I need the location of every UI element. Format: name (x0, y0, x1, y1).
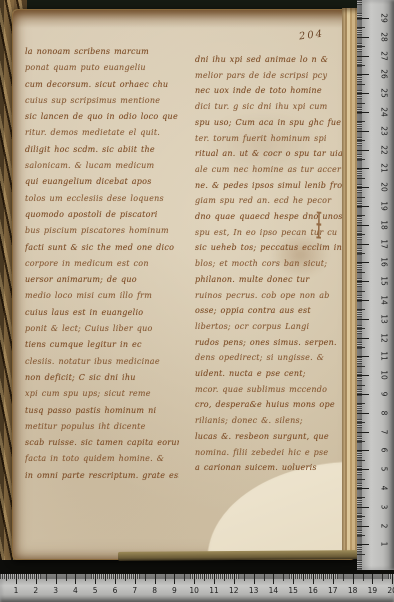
ruler-cm-tick (357, 56, 369, 57)
manuscript-text-line: clesiis. notatur ibus medicinae (25, 354, 179, 370)
ruler-cm-tick (357, 74, 369, 75)
manuscript-text-line: a carionan suicem. uolueris (195, 460, 353, 476)
ruler-halfcm-tick (357, 441, 365, 442)
manuscript-text-line: ponit & lect; Cuius liber quo (25, 321, 179, 337)
ruler-cm-tick (357, 507, 369, 508)
ruler-halfcm-tick (357, 103, 365, 104)
manuscript-text-line: blos; et mocth cors ban sicut; (195, 256, 353, 272)
ruler-cm-tick (357, 338, 369, 339)
ruler-halfcm-tick (125, 574, 126, 581)
ruler-cm-tick (357, 93, 369, 94)
manuscript-text-line: nec uox inde de toto homine (195, 83, 353, 99)
ruler-cm-tick (357, 300, 369, 301)
ruler-halfcm-tick (357, 535, 365, 536)
manuscript-text-line: spu est, In eo ipso pecan tur cu (195, 225, 353, 241)
ruler-halfcm-tick (66, 574, 67, 581)
ruler-cm-tick (357, 469, 369, 470)
ruler-cm-number: 5 (93, 586, 98, 595)
ruler-cm-number: 13 (380, 311, 389, 327)
ruler-cm-tick (357, 168, 369, 169)
vertical-ruler: 2928272625242322212019181716151413121110… (357, 0, 394, 570)
ruler-cm-number: 9 (172, 586, 177, 595)
ruler-cm-number: 7 (380, 424, 389, 440)
horizontal-ruler: 1234567891011121314151617181920 (0, 574, 394, 602)
ruler-cm-tick (357, 544, 369, 545)
manuscript-text-line: dens opedirect; si ungisse. & (195, 350, 353, 366)
folio-number: 204 (298, 29, 324, 43)
ruler-cm-number: 21 (380, 160, 389, 176)
ruler-cm-tick (115, 574, 116, 584)
ruler-cm-tick (357, 18, 369, 19)
ruler-halfcm-tick (357, 328, 365, 329)
ruler-halfcm-tick (357, 65, 365, 66)
ruler-cm-number: 27 (380, 48, 389, 64)
ruler-cm-tick (357, 488, 369, 489)
ruler-cm-tick (357, 319, 369, 320)
ruler-halfcm-tick (357, 366, 365, 367)
manuscript-text-line: tusq passo pastis hominum ni (25, 403, 179, 419)
ruler-halfcm-tick (357, 27, 365, 28)
manuscript-text-line: medio loco misi cum illo frm (25, 288, 179, 304)
right-column: dni ihu xpi sed animae lo n &melior pars… (195, 52, 353, 482)
manuscript-text-line: melior pars de ide scripsi pcy (195, 68, 353, 84)
ruler-cm-tick (135, 574, 136, 584)
ruler-cm-number: 8 (152, 586, 157, 595)
ruler-halfcm-tick (357, 46, 365, 47)
manuscript-text-line: cro, despera&e huius mons ope (195, 397, 353, 413)
ruler-cm-number: 3 (53, 586, 58, 595)
ruler-cm-number: 20 (380, 179, 389, 195)
manuscript-text-line: sic ueheb tos; peccatus ecclim in (195, 240, 353, 256)
ruler-cm-number: 15 (288, 586, 298, 595)
parchment-stain-top (13, 10, 357, 28)
manuscript-text-line: ter. torum fuerit hominum spi (195, 131, 353, 147)
manuscript-text-line: ale cum nec homine as tur accer (195, 162, 353, 178)
horizontal-ruler-mm-ticks (0, 574, 394, 579)
ruler-cm-tick (357, 432, 369, 433)
ruler-halfcm-tick (357, 403, 365, 404)
ruler-cm-tick (357, 206, 369, 207)
ruler-cm-tick (357, 526, 369, 527)
ruler-cm-number: 11 (209, 586, 219, 595)
ruler-halfcm-tick (357, 460, 365, 461)
ruler-halfcm-tick (357, 140, 365, 141)
ruler-cm-tick (56, 574, 57, 584)
manuscript-text-line: la nonoam scribens marcum (25, 44, 179, 60)
ruler-cm-tick (357, 225, 369, 226)
ruler-cm-tick (357, 150, 369, 151)
manuscript-text-line: libertos; ocr corpus Langi (195, 319, 353, 335)
ruler-halfcm-tick (283, 574, 284, 581)
manuscript-text-line: philanon. multe donec tur (195, 272, 353, 288)
manuscript-text-line: uident. nucta e pse cent; (195, 366, 353, 382)
ruler-halfcm-tick (357, 178, 365, 179)
ruler-halfcm-tick (343, 574, 344, 581)
ruler-cm-number: 16 (308, 586, 318, 595)
ruler-cm-number: 13 (249, 586, 259, 595)
ruler-cm-tick (357, 394, 369, 395)
ruler-halfcm-tick (224, 574, 225, 581)
ruler-halfcm-tick (357, 385, 365, 386)
ruler-halfcm-tick (357, 272, 365, 273)
manuscript-text-line: bus piscium piscatores hominum (25, 223, 179, 239)
ruler-cm-tick (357, 281, 369, 282)
ruler-cm-number: 11 (380, 348, 389, 364)
ruler-halfcm-tick (26, 574, 27, 581)
ruler-cm-number: 17 (380, 236, 389, 252)
ruler-halfcm-tick (244, 574, 245, 581)
ruler-halfcm-tick (382, 574, 383, 581)
ruler-cm-tick (357, 375, 369, 376)
ruler-cm-number: 28 (380, 29, 389, 45)
manuscript-text-line: diligit hoc scdm. sic abiit the (25, 142, 179, 158)
ruler-halfcm-tick (264, 574, 265, 581)
manuscript-text-line: xpi cum spu ups; sicut reme (25, 386, 179, 402)
ruler-cm-number: 6 (380, 442, 389, 458)
margin-nota-mark: Ɨ (315, 204, 322, 248)
ruler-halfcm-tick (357, 197, 365, 198)
ruler-cm-number: 16 (380, 254, 389, 270)
ruler-halfcm-tick (357, 554, 365, 555)
manuscript-text-line: cuius sup scripsimus mentione (25, 93, 179, 109)
ruler-cm-number: 15 (380, 273, 389, 289)
manuscript-text-line: non deficit; C sic dni ihu (25, 370, 179, 386)
ruler-cm-tick (174, 574, 175, 584)
ruler-halfcm-tick (6, 574, 7, 581)
ruler-cm-tick (254, 574, 255, 584)
ruler-halfcm-tick (357, 309, 365, 310)
book-bottom-edge (118, 550, 358, 561)
ruler-cm-number: 5 (380, 461, 389, 477)
ruler-cm-number: 22 (380, 142, 389, 158)
manuscript-text-line: facti sunt & sic the med one dico (25, 240, 179, 256)
vertical-ruler-mm-ticks (357, 0, 362, 570)
ruler-halfcm-tick (357, 422, 365, 423)
manuscript-text-line: dni ihu xpi sed animae lo n & (195, 52, 353, 68)
ruler-cm-tick (36, 574, 37, 584)
ruler-cm-number: 24 (380, 104, 389, 120)
ruler-halfcm-tick (357, 84, 365, 85)
manuscript-text-line: ritual an. ut & cocr o spu tar uiat (195, 146, 353, 162)
ruler-cm-tick (357, 37, 369, 38)
manuscript-text-line: rilianis; donec &. silens; (195, 413, 353, 429)
ruler-cm-number: 10 (189, 586, 199, 595)
ruler-cm-number: 9 (380, 386, 389, 402)
manuscript-text-line: spu uso; Cum aca in spu ghc fue (195, 115, 353, 131)
ruler-cm-number: 2 (33, 586, 38, 595)
manuscript-text-line: cum decorsum. sicut orhaec chu (25, 77, 179, 93)
manuscript-text-line: mcor. quae sublimus mccendo (195, 382, 353, 398)
manuscript-text-line: cuius laus est in euangelio (25, 305, 179, 321)
ruler-cm-tick (357, 450, 369, 451)
ruler-cm-tick (357, 262, 369, 263)
ruler-halfcm-tick (85, 574, 86, 581)
ruler-cm-tick (372, 574, 373, 584)
manuscript-text-line: ruinos pecrus. cob ope non ab (195, 288, 353, 304)
ruler-cm-tick (357, 413, 369, 414)
ruler-cm-number: 23 (380, 123, 389, 139)
ruler-halfcm-tick (357, 479, 365, 480)
ruler-cm-number: 12 (229, 586, 239, 595)
ruler-halfcm-tick (357, 253, 365, 254)
manuscript-text-line: salonicam. & lucam medicum (25, 158, 179, 174)
ruler-halfcm-tick (204, 574, 205, 581)
ruler-cm-tick (357, 244, 369, 245)
manuscript-text-line: rudos pens; ones simus. serpen. (195, 335, 353, 351)
ruler-cm-number: 3 (380, 499, 389, 515)
ruler-halfcm-tick (184, 574, 185, 581)
ruler-cm-tick (392, 574, 393, 584)
manuscript-text-line: in omni parte rescriptum. grate est (25, 468, 179, 484)
manuscript-text-line: ne. & pedes ipsos simul lenib fron (195, 178, 353, 194)
ruler-cm-number: 2 (380, 518, 389, 534)
ruler-halfcm-tick (165, 574, 166, 581)
ruler-cm-number: 14 (380, 292, 389, 308)
ruler-halfcm-tick (357, 159, 365, 160)
ruler-cm-tick (273, 574, 274, 584)
ruler-cm-tick (313, 574, 314, 584)
manuscript-text-line: quomodo apostoli de piscatori (25, 207, 179, 223)
manuscript-text-line: metitur populus iht dicente (25, 419, 179, 435)
ruler-cm-number: 19 (380, 198, 389, 214)
ruler-cm-number: 7 (132, 586, 137, 595)
manuscript-text-line: facta in toto quidem homine. & (25, 451, 179, 467)
manuscript-text-line: scab ruisse. sic tamen capita eorum. (25, 435, 179, 451)
manuscript-text-line: giam spu red an. ecd he pecor (195, 193, 353, 209)
manuscript-text-line: tolos um ecclesiis dese loquens (25, 191, 179, 207)
ruler-cm-tick (357, 112, 369, 113)
ruler-halfcm-tick (323, 574, 324, 581)
ruler-cm-number: 6 (113, 586, 118, 595)
ruler-halfcm-tick (357, 347, 365, 348)
ruler-cm-number: 4 (380, 480, 389, 496)
ruler-cm-number: 20 (387, 586, 394, 595)
manuscript-text-line: nomina. filii zebedei hic e pse (195, 445, 353, 461)
manuscript-text-line: corpore in medicum est con (25, 256, 179, 272)
ruler-halfcm-tick (357, 121, 365, 122)
manuscript-text-line: dno quae quaecd hespe dno unos (195, 209, 353, 225)
left-column: la nonoam scribens marcumponat quam puto… (25, 44, 179, 490)
ruler-halfcm-tick (145, 574, 146, 581)
ruler-cm-number: 25 (380, 85, 389, 101)
ruler-cm-tick (75, 574, 76, 584)
ruler-cm-number: 18 (348, 586, 358, 595)
ruler-cm-tick (357, 187, 369, 188)
ruler-cm-number: 19 (368, 586, 378, 595)
ruler-cm-number: 18 (380, 217, 389, 233)
ruler-cm-number: 10 (380, 367, 389, 383)
manuscript-page: 204 la nonoam scribens marcumponat quam … (12, 9, 358, 560)
ruler-cm-number: 1 (380, 536, 389, 552)
ruler-cm-tick (214, 574, 215, 584)
manuscript-text-line: ponat quam puto euangeliu (25, 60, 179, 76)
ruler-cm-tick (357, 131, 369, 132)
manuscript-text-line: lucas &. resbeon surgunt, que (195, 429, 353, 445)
ruler-halfcm-tick (363, 574, 364, 581)
ruler-cm-tick (234, 574, 235, 584)
ruler-halfcm-tick (303, 574, 304, 581)
ruler-cm-tick (353, 574, 354, 584)
manuscript-text-line: osse; oppia contra aus est (195, 303, 353, 319)
ruler-halfcm-tick (357, 215, 365, 216)
ruler-cm-number: 14 (269, 586, 279, 595)
ruler-halfcm-tick (46, 574, 47, 581)
ruler-halfcm-tick (357, 516, 365, 517)
ruler-cm-number: 12 (380, 330, 389, 346)
ruler-cm-tick (293, 574, 294, 584)
ruler-cm-number: 8 (380, 405, 389, 421)
ruler-cm-tick (357, 356, 369, 357)
ruler-cm-number: 29 (380, 10, 389, 26)
ruler-halfcm-tick (105, 574, 106, 581)
ruler-cm-tick (16, 574, 17, 584)
ruler-cm-tick (194, 574, 195, 584)
ruler-cm-tick (155, 574, 156, 584)
manuscript-text-line: tiens cumque legitur in ec (25, 337, 179, 353)
ruler-cm-number: 26 (380, 66, 389, 82)
ruler-cm-number: 4 (73, 586, 78, 595)
manuscript-text-line: ritur. demos medietate el quit. (25, 125, 179, 141)
ruler-cm-number: 1 (14, 586, 19, 595)
manuscript-text-line: sic lancen de quo in odio loco que (25, 109, 179, 125)
manuscript-photo: 204 la nonoam scribens marcumponat quam … (0, 0, 394, 602)
ruler-halfcm-tick (357, 291, 365, 292)
ruler-cm-tick (95, 574, 96, 584)
ruler-halfcm-tick (357, 497, 365, 498)
manuscript-text-line: dici tur. g sic dni ihu xpi cum (195, 99, 353, 115)
manuscript-text-line: qui euangelium dicebat apos (25, 174, 179, 190)
ruler-halfcm-tick (357, 234, 365, 235)
manuscript-text-line: uersor animarum; de quo (25, 272, 179, 288)
ruler-cm-number: 17 (328, 586, 338, 595)
ruler-cm-tick (333, 574, 334, 584)
